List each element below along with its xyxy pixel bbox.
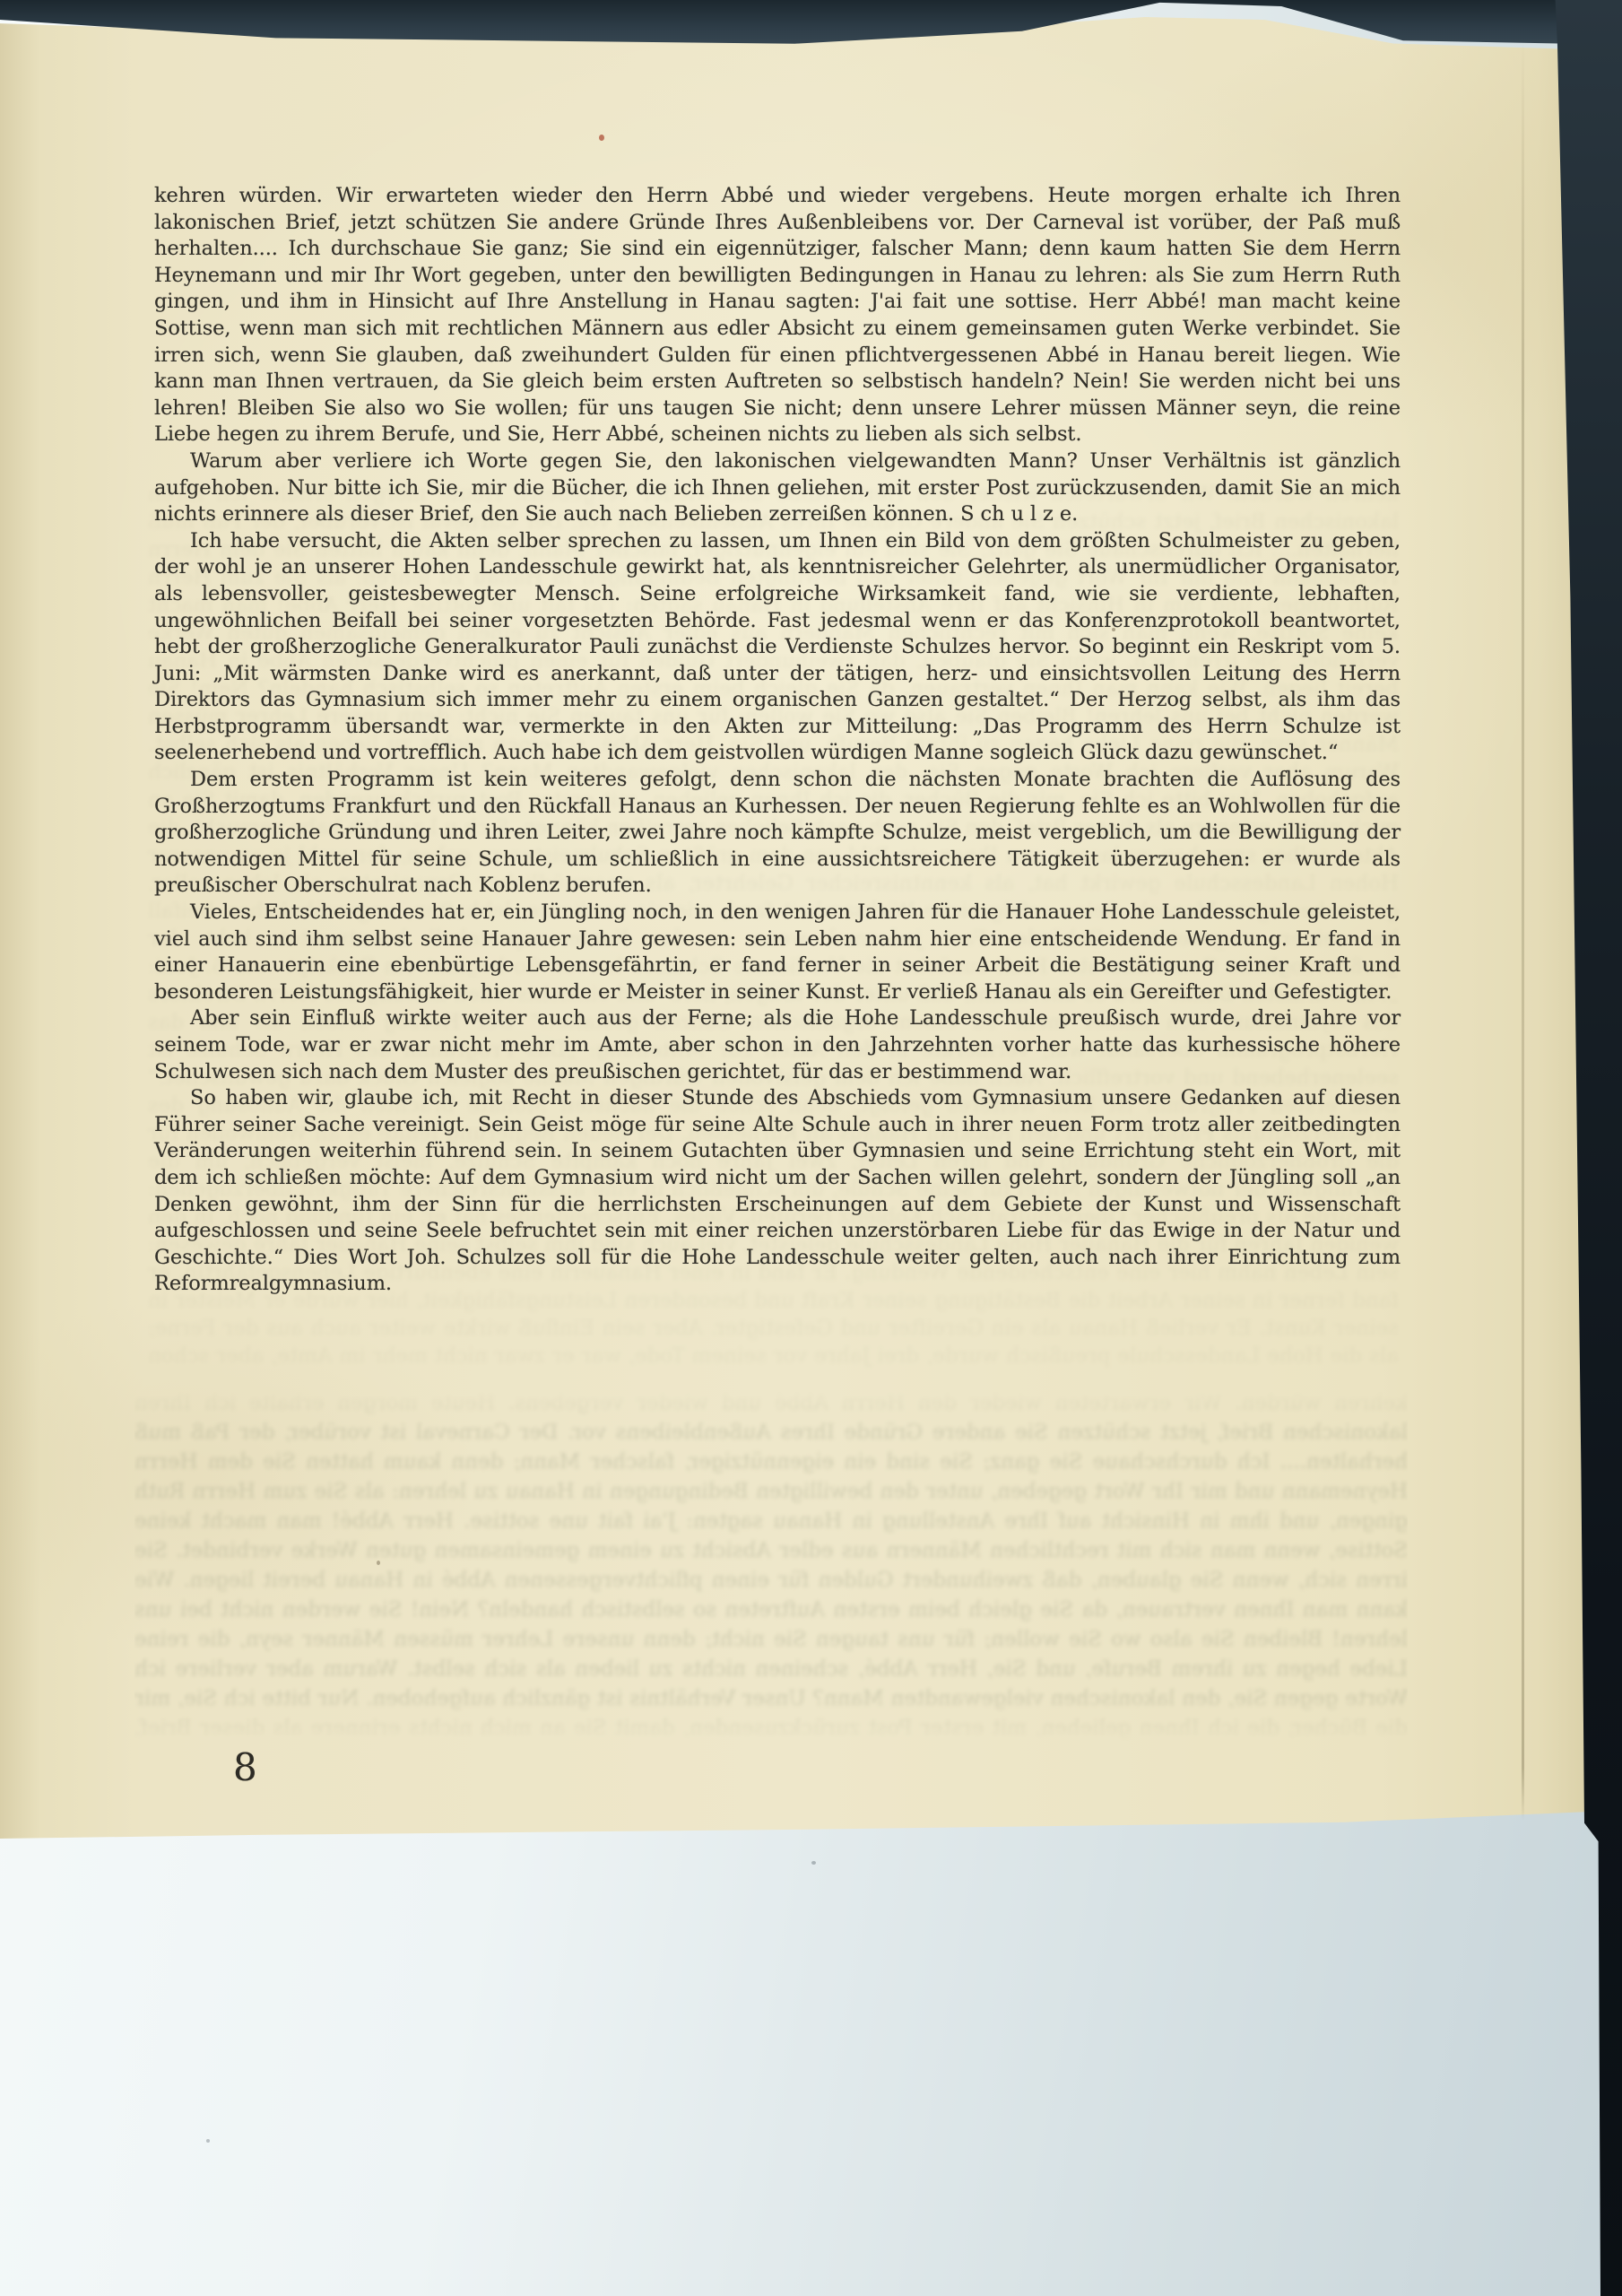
paragraph: Vieles, Entscheidendes hat er, ein Jüngl… xyxy=(154,900,1401,1005)
page-number: 8 xyxy=(233,1745,258,1789)
paragraph: Ich habe versucht, die Akten selber spre… xyxy=(154,528,1401,767)
dust-speck xyxy=(206,2139,210,2143)
dust-speck xyxy=(377,1561,380,1565)
dust-speck xyxy=(1112,628,1115,631)
page-text-block: kehren würden. Wir erwarteten wieder den… xyxy=(154,183,1401,1298)
paragraph: Warum aber verliere ich Worte gegen Sie,… xyxy=(154,448,1401,528)
paragraph: Aber sein Einfluß wirkte weiter auch aus… xyxy=(154,1005,1401,1085)
paragraph: So haben wir, glaube ich, mit Recht in d… xyxy=(154,1085,1401,1298)
dust-speck xyxy=(811,1861,816,1865)
paragraph: Dem ersten Programm ist kein weiteres ge… xyxy=(154,767,1401,900)
page-edge-crease xyxy=(1522,36,1524,1821)
book-scan-photo: kehren würden. Wir erwarteten wieder den… xyxy=(0,0,1622,2296)
ink-speck xyxy=(599,135,604,141)
paragraph: kehren würden. Wir erwarteten wieder den… xyxy=(154,183,1401,448)
